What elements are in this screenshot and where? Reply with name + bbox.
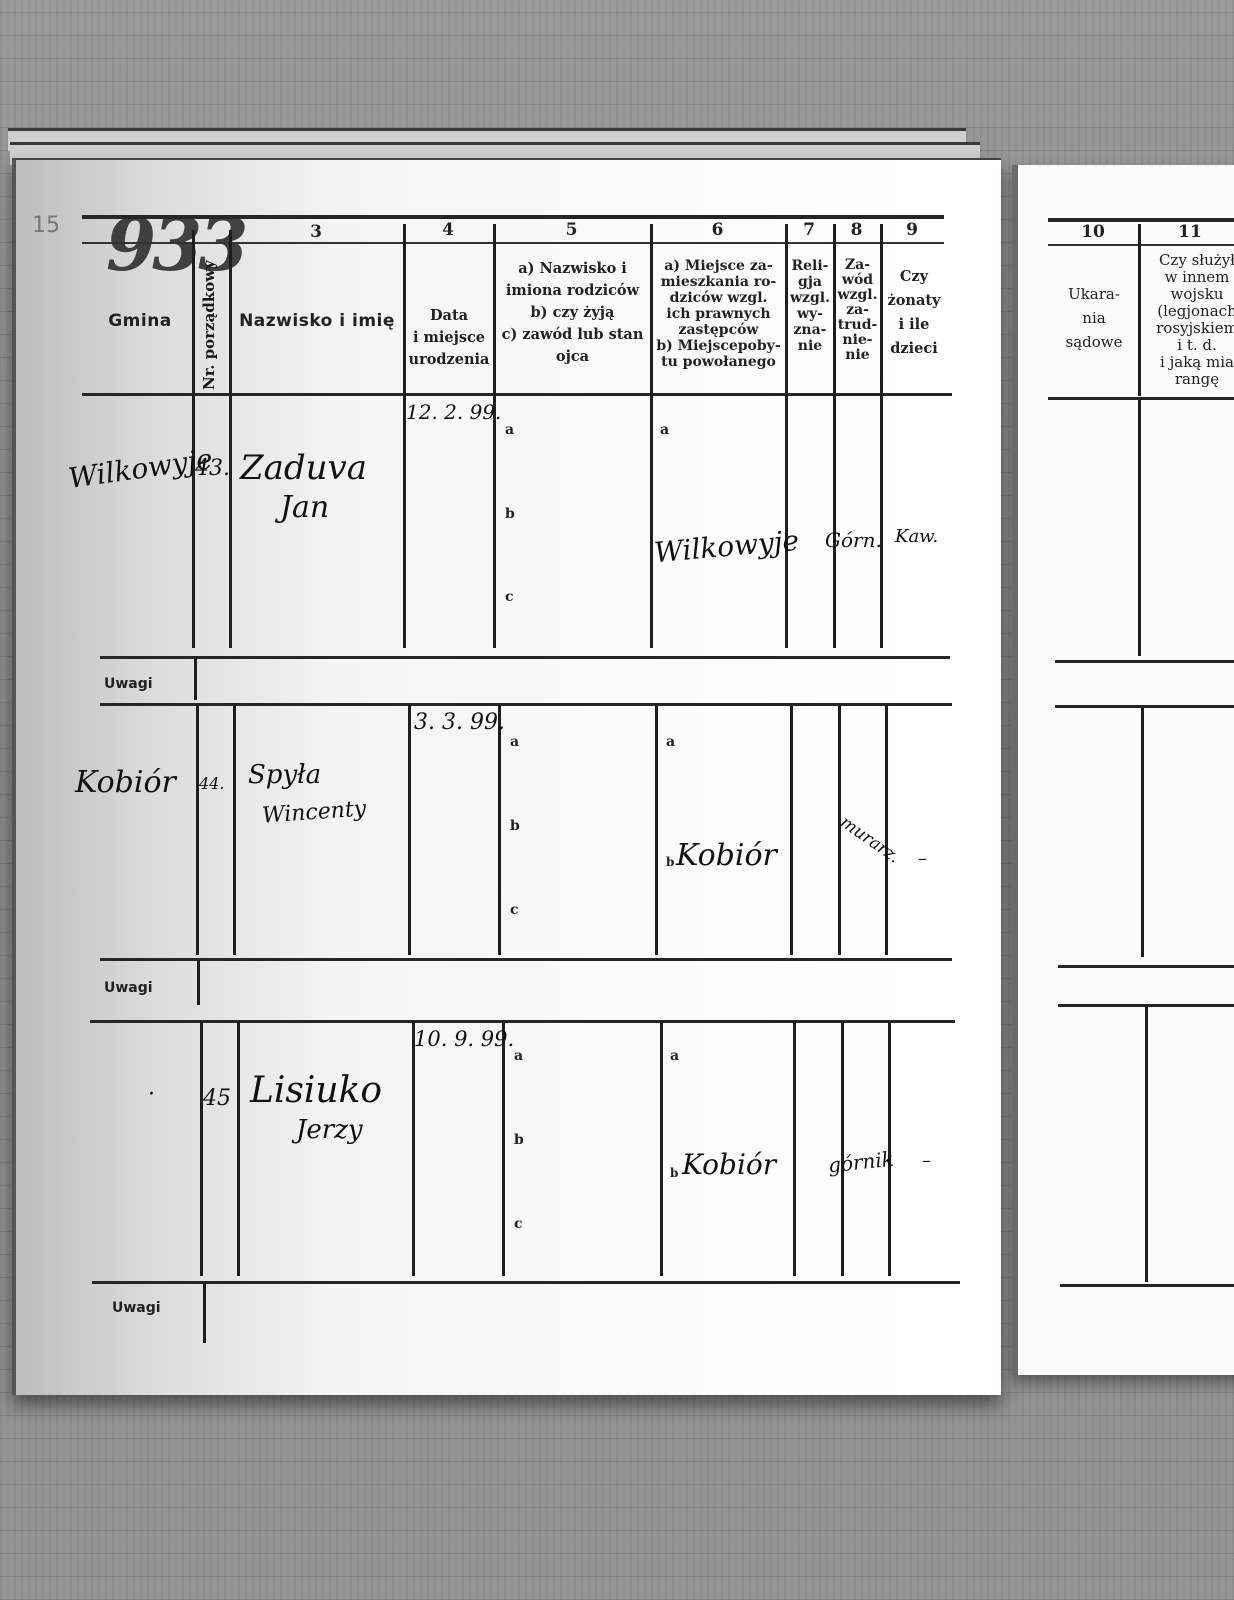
remarks-divider: [194, 658, 197, 700]
header-occupation: Za- wód wzgl. za- trud- nie- nie: [835, 258, 880, 363]
entry-given-name: Jerzy: [296, 1115, 363, 1145]
entry-married: Kaw.: [895, 526, 938, 547]
header-line: imiona rodziców: [495, 280, 650, 302]
col-divider: [498, 705, 501, 955]
header-line: gja: [787, 274, 833, 290]
remarks-divider: [197, 960, 200, 1005]
header-bottom-rule: [82, 393, 952, 396]
col-divider: [885, 705, 888, 955]
label-a: a: [505, 422, 514, 438]
header-line: Czy służył: [1142, 252, 1234, 269]
label-b: b: [670, 1166, 678, 1180]
header-line: ich prawnych: [652, 306, 785, 322]
column-number: 4: [403, 220, 493, 240]
entry-birth-date: 10. 9. 99.: [414, 1027, 514, 1051]
header-line: zastępców: [652, 322, 785, 338]
remarks-bottom-rule: [90, 1020, 955, 1023]
entry-married: –: [918, 848, 927, 869]
header-line: żonaty: [882, 289, 946, 313]
header-line: i t. d.: [1142, 337, 1234, 354]
col-divider: [192, 230, 195, 648]
column-number-rule: [1048, 244, 1234, 246]
entry-bottom-rule: [1058, 965, 1234, 968]
header-line: sądowe: [1050, 330, 1138, 354]
col-divider: [229, 230, 232, 648]
label-b: b: [514, 1132, 524, 1148]
header-line: Data: [405, 307, 493, 324]
header-line: dzieci: [882, 337, 946, 361]
remarks-bottom-rule: [1055, 705, 1234, 708]
label-b: b: [510, 818, 520, 834]
label-b: b: [505, 506, 515, 522]
column-number: 3: [229, 222, 403, 242]
column-number: 6: [650, 220, 785, 240]
header-line: rosyjskiem: [1142, 320, 1234, 337]
header-line: wzgl.: [835, 288, 880, 303]
remarks-label: Uwagi: [112, 1300, 161, 1316]
header-line: (legjonach: [1142, 303, 1234, 320]
col-divider: [793, 1022, 796, 1276]
header-line: wy-: [787, 306, 833, 322]
label-b: b: [666, 855, 674, 869]
header-line: nie: [835, 348, 880, 363]
column-number-rule: [82, 242, 944, 244]
entry-bottom-rule: [100, 656, 950, 659]
header-line: a) Miejsce za-: [652, 258, 785, 274]
header-line: i ile: [882, 313, 946, 337]
header-line: nia: [1050, 306, 1138, 330]
entry-residence: Kobiór: [676, 838, 777, 873]
header-religion: Reli- gja wzgl. wy- zna- nie: [787, 258, 833, 354]
col-divider: [408, 705, 411, 955]
col-divider: [655, 705, 658, 955]
header-married: Czy żonaty i ile dzieci: [882, 265, 946, 361]
header-line: Czy: [882, 265, 946, 289]
col-divider: [200, 1022, 203, 1276]
entry-residence: Kobiór: [682, 1148, 776, 1181]
col-divider: [660, 1022, 663, 1276]
col-divider: [412, 1022, 415, 1276]
entry-bottom-rule: [100, 958, 952, 961]
col-divider: [233, 705, 236, 955]
entry-married: –: [922, 1150, 931, 1171]
header-line: wzgl.: [787, 290, 833, 306]
column-number: 9: [880, 220, 944, 240]
col-divider: [790, 705, 793, 955]
header-parents: a) Nazwisko i imiona rodziców b) czy żyj…: [495, 258, 650, 368]
header-line: urodzenia: [405, 351, 493, 368]
entry-birth-date: 3. 3. 99.: [414, 710, 505, 735]
header-nr-porzadkowy: Nr. porządkowy: [200, 260, 218, 390]
header-line: wód: [835, 273, 880, 288]
header-nazwisko-imie: Nazwisko i imię: [232, 313, 402, 330]
header-line: rangę: [1142, 371, 1234, 388]
entry-gmina: Kobiór: [75, 765, 176, 800]
label-c: c: [505, 589, 514, 605]
column-number: 10: [1048, 222, 1138, 242]
entry-bottom-rule: [92, 1281, 960, 1284]
header-line: za-: [835, 303, 880, 318]
header-top-rule: [82, 215, 944, 219]
entry-birth-date: 12. 2. 99.: [406, 400, 501, 424]
label-a: a: [666, 734, 675, 750]
col-divider: [502, 1022, 505, 1276]
label-a: a: [660, 422, 669, 438]
header-line: zna-: [787, 322, 833, 338]
header-birth: Data i miejsce urodzenia: [405, 307, 493, 368]
entry-occupation: Górn.: [825, 528, 882, 552]
header-gmina: Gmina: [90, 313, 190, 330]
col-divider: [1138, 224, 1141, 396]
header-line: nie-: [835, 333, 880, 348]
col-divider: [1145, 1006, 1148, 1282]
column-number: 5: [493, 220, 650, 240]
col-divider: [196, 705, 199, 955]
header-line: Za-: [835, 258, 880, 273]
col-divider: [841, 1022, 844, 1276]
remarks-divider: [203, 1283, 206, 1343]
entry-nr: 43.: [195, 456, 230, 481]
header-line: i jaką mia: [1142, 354, 1234, 371]
header-line: wojsku: [1142, 286, 1234, 303]
col-divider: [403, 224, 406, 648]
entry-bottom-rule: [1060, 1284, 1234, 1287]
entry-nr: 45: [203, 1086, 231, 1111]
entry-bottom-rule: [1055, 660, 1234, 663]
label-a: a: [670, 1048, 679, 1064]
column-number: 8: [833, 220, 880, 240]
col-divider: [1138, 398, 1141, 656]
col-divider: [237, 1022, 240, 1276]
page-number: 15: [32, 213, 60, 238]
header-line: nie: [787, 338, 833, 354]
label-a: a: [514, 1048, 523, 1064]
header-line: a) Nazwisko i: [495, 258, 650, 280]
label-c: c: [510, 902, 519, 918]
col-divider: [1141, 707, 1144, 957]
remarks-bottom-rule: [100, 703, 952, 706]
entry-surname: Zaduva: [240, 448, 367, 488]
header-residence: a) Miejsce za- mieszkania ro- dziców wzg…: [652, 258, 785, 370]
header-line: c) zawód lub stan: [495, 324, 650, 346]
header-line: Reli-: [787, 258, 833, 274]
remarks-label: Uwagi: [104, 980, 153, 996]
header-line: i miejsce: [405, 329, 493, 346]
header-other-service: Czy służył w innem wojsku (legjonach ros…: [1142, 252, 1234, 388]
header-line: ojca: [495, 346, 650, 368]
header-line: b) czy żyją: [495, 302, 650, 324]
label-a: a: [510, 734, 519, 750]
header-line: dziców wzgl.: [652, 290, 785, 306]
remarks-label: Uwagi: [104, 676, 153, 692]
header-bottom-rule: [1048, 397, 1234, 400]
column-number: 11: [1140, 222, 1234, 242]
entry-gmina: ·: [148, 1082, 155, 1107]
label-c: c: [514, 1216, 523, 1232]
entry-surname: Lisiuko: [250, 1070, 382, 1111]
column-number: 7: [785, 220, 833, 240]
entry-given-name: Jan: [280, 490, 329, 525]
header-line: trud-: [835, 318, 880, 333]
header-line: b) Miejscepoby-: [652, 338, 785, 354]
header-court-sentences: Ukara- nia sądowe: [1050, 282, 1138, 354]
header-line: tu powołanego: [652, 354, 785, 370]
entry-surname: Spyła: [248, 760, 321, 790]
header-line: w innem: [1142, 269, 1234, 286]
entry-nr: 44.: [199, 774, 224, 793]
header-line: mieszkania ro-: [652, 274, 785, 290]
header-line: Ukara-: [1050, 282, 1138, 306]
